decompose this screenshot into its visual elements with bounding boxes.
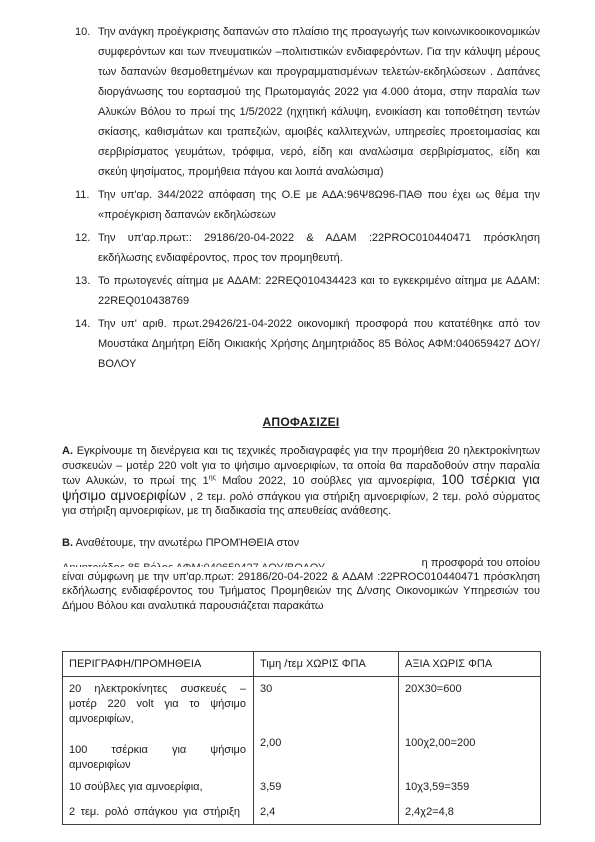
document-page: 10. Την ανάγκη προέγκρισης δαπανών στο π… (0, 0, 595, 825)
list-item-12-number: 12. (75, 228, 90, 248)
list-item-12: 12. Την υπ'αρ.πρωτ:: 29186/20-04-2022 & … (62, 228, 540, 268)
numbered-considerations-list: 10. Την ανάγκη προέγκρισης δαπανών στο π… (62, 22, 540, 374)
paragraph-b-text-1: Αναθέτουμε, την ανωτέρω ΠΡΟΜΉΘΕΙΑ στον (73, 537, 299, 549)
list-item-11-number: 11. (75, 185, 89, 205)
table-row: 2 τεμ. ρολό σπάγκου για στήριξη 2,4 2,4χ… (63, 801, 541, 825)
table-row: 100 τσέρκια για ψήσιμο αμνοεριφίων 2,00 … (63, 731, 541, 776)
cell-value: 2,4χ2=4,8 (399, 801, 541, 825)
paragraph-a-ordinal-superscript: ης (209, 475, 216, 482)
cell-description: 100 τσέρκια για ψήσιμο αμνοεριφίων (63, 731, 254, 776)
table-header-row: ΠΕΡΙΓΡΑΦΗ/ΠΡΟΜΗΘΕΙΑ Τιμη /τεμ ΧΩΡΙΣ ΦΠΑ … (63, 652, 541, 677)
list-item-13-text: Το πρωτογενές αίτημα με ΑΔΑΜ: 22REQ01043… (98, 275, 540, 307)
list-item-12-text: Την υπ'αρ.πρωτ:: 29186/20-04-2022 & ΑΔΑΜ… (98, 232, 540, 264)
paragraph-b-label: Β. (62, 537, 73, 549)
redacted-text-fragment: Δημητριάδος 85 Βόλος ΑΦΜ:040659427 ΔΟΥ/Β… (62, 562, 325, 567)
cell-unit-price: 2,4 (254, 801, 399, 825)
list-item-14: 14. Την υπ' αριθ. πρωτ.29426/21-04-2022 … (62, 314, 540, 374)
list-item-13-number: 13. (75, 271, 90, 291)
table-row: 10 σούβλες για αμνοερίφια, 3,59 10χ3,59=… (63, 776, 541, 801)
list-item-14-text: Την υπ' αριθ. πρωτ.29426/21-04-2022 οικο… (98, 318, 540, 370)
paragraph-b-text-2: είναι σύμφωνη με την υπ'αρ.πρωτ: 29186/2… (62, 570, 540, 614)
supply-table: ΠΕΡΙΓΡΑΦΗ/ΠΡΟΜΗΘΕΙΑ Τιμη /τεμ ΧΩΡΙΣ ΦΠΑ … (62, 651, 541, 825)
paragraph-a-label: Α. (62, 445, 73, 457)
table-header-description: ΠΕΡΙΓΡΑΦΗ/ΠΡΟΜΗΘΕΙΑ (63, 652, 254, 677)
cell-unit-price: 30 (254, 677, 399, 731)
paragraph-b-right-text: η προσφορά του οποίου (422, 557, 540, 569)
paragraph-a: Α. Εγκρίνουμε τη διενέργεια και τις τεχν… (62, 444, 540, 519)
list-item-10: 10. Την ανάγκη προέγκρισης δαπανών στο π… (62, 22, 540, 182)
cell-unit-price: 3,59 (254, 776, 399, 801)
cell-description: 20 ηλεκτροκίνητες συσκευές – μοτέρ 220 v… (63, 677, 254, 731)
paragraph-b-line-1: Β. Αναθέτουμε, την ανωτέρω ΠΡΟΜΉΘΕΙΑ στο… (62, 536, 540, 551)
cell-unit-price: 2,00 (254, 731, 399, 776)
cell-value: 100χ2,00=200 (399, 731, 541, 776)
paragraph-a-text-2: Μαΐου 2022, 10 σούβλες για αμνοερίφια, (216, 475, 441, 487)
list-item-11: 11. Την υπ'αρ. 344/2022 απόφαση της Ο.Ε … (62, 185, 540, 225)
cell-description: 10 σούβλες για αμνοερίφια, (63, 776, 254, 801)
list-item-11-text: Την υπ'αρ. 344/2022 απόφαση της Ο.Ε με Α… (98, 189, 540, 221)
cell-value: 20Χ30=600 (399, 677, 541, 731)
cell-description: 2 τεμ. ρολό σπάγκου για στήριξη (63, 801, 254, 825)
paragraph-b: Β. Αναθέτουμε, την ανωτέρω ΠΡΟΜΉΘΕΙΑ στο… (62, 536, 540, 613)
list-item-14-number: 14. (75, 314, 90, 334)
list-item-13: 13. Το πρωτογενές αίτημα με ΑΔΑΜ: 22REQ0… (62, 271, 540, 311)
decision-heading: ΑΠΟΦΑΣΙΖΕΙ (62, 415, 540, 429)
table-header-unit-price: Τιμη /τεμ ΧΩΡΙΣ ΦΠΑ (254, 652, 399, 677)
redacted-line: Δημητριάδος 85 Βόλος ΑΦΜ:040659427 ΔΟΥ/Β… (62, 551, 540, 570)
list-item-10-text: Την ανάγκη προέγκρισης δαπανών στο πλαίσ… (98, 26, 540, 178)
cell-value: 10χ3,59=359 (399, 776, 541, 801)
table-row: 20 ηλεκτροκίνητες συσκευές – μοτέρ 220 v… (63, 677, 541, 731)
table-header-value: ΑΞΙΑ ΧΩΡΙΣ ΦΠΑ (399, 652, 541, 677)
list-item-10-number: 10. (75, 22, 90, 42)
